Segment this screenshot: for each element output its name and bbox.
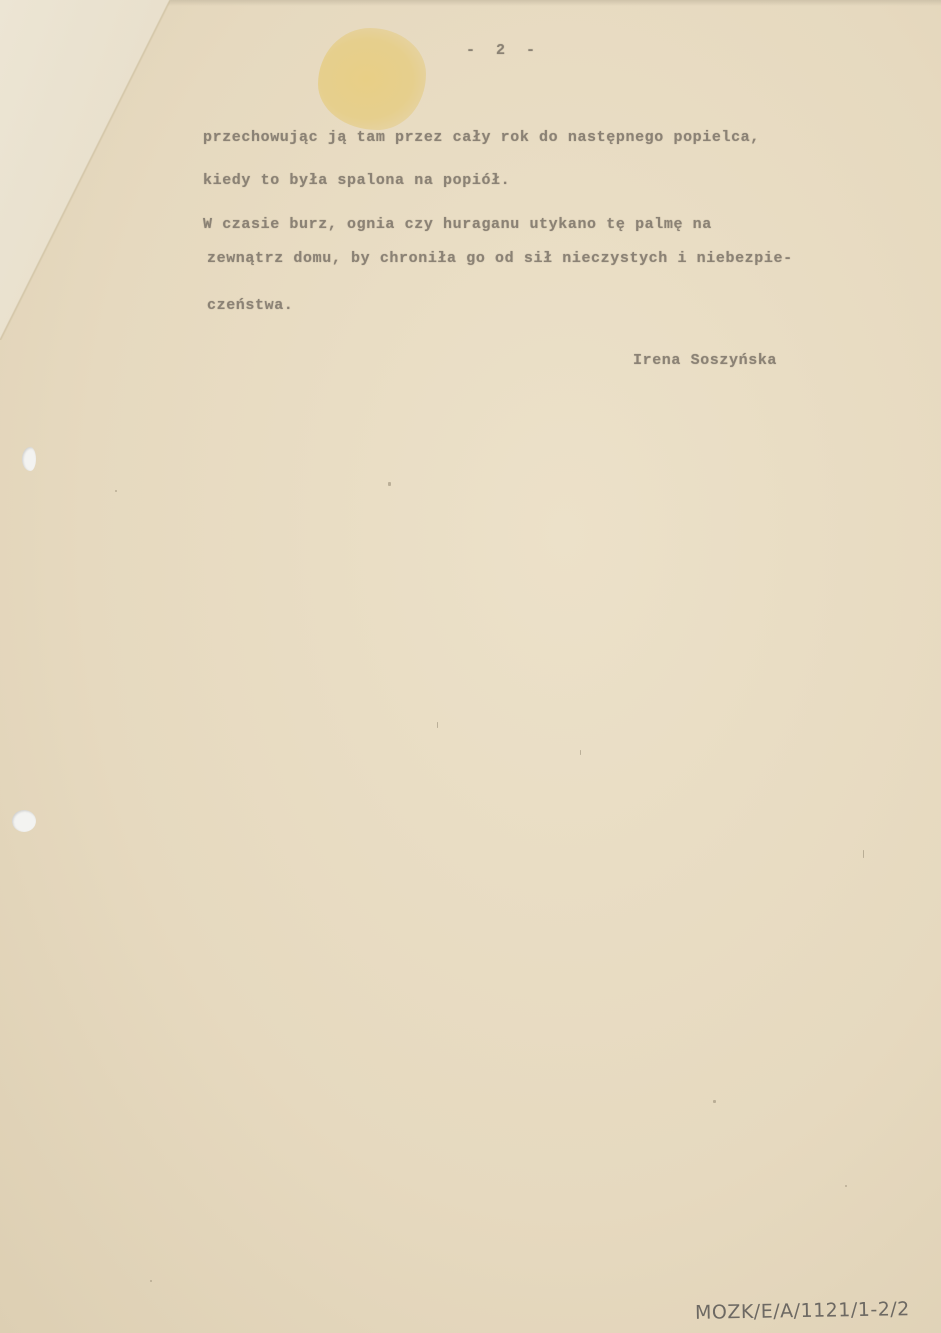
paper-speck: [580, 750, 581, 755]
paper-speck: [437, 722, 438, 728]
body-text-line: W czasie burz, ognia czy huraganu utykan…: [203, 216, 712, 233]
paper-speck: [713, 1100, 716, 1103]
paper-speck: [150, 1280, 152, 1282]
body-text-line: zewnątrz domu, by chroniła go od sił nie…: [207, 250, 793, 267]
body-text-line: czeństwa.: [207, 297, 293, 314]
paper-speck: [845, 1185, 847, 1187]
body-text-line: przechowując ją tam przez cały rok do na…: [203, 129, 760, 146]
paper-speck: [115, 490, 117, 492]
punch-hole-top: [22, 447, 36, 471]
punch-hole-middle: [12, 810, 36, 832]
page-number: - 2 -: [466, 42, 541, 59]
water-stain: [318, 28, 426, 130]
body-text-line: kiedy to była spalona na popiół.: [203, 172, 510, 189]
paper-speck: [388, 482, 391, 486]
author-signature: Irena Soszyńska: [633, 352, 777, 369]
archive-reference-note: MOZK/E/A/1121/1-2/2: [695, 1298, 910, 1324]
fold-crease: [0, 0, 170, 340]
paper-speck: [863, 850, 864, 858]
scanned-page: - 2 - przechowując ją tam przez cały rok…: [0, 0, 941, 1333]
